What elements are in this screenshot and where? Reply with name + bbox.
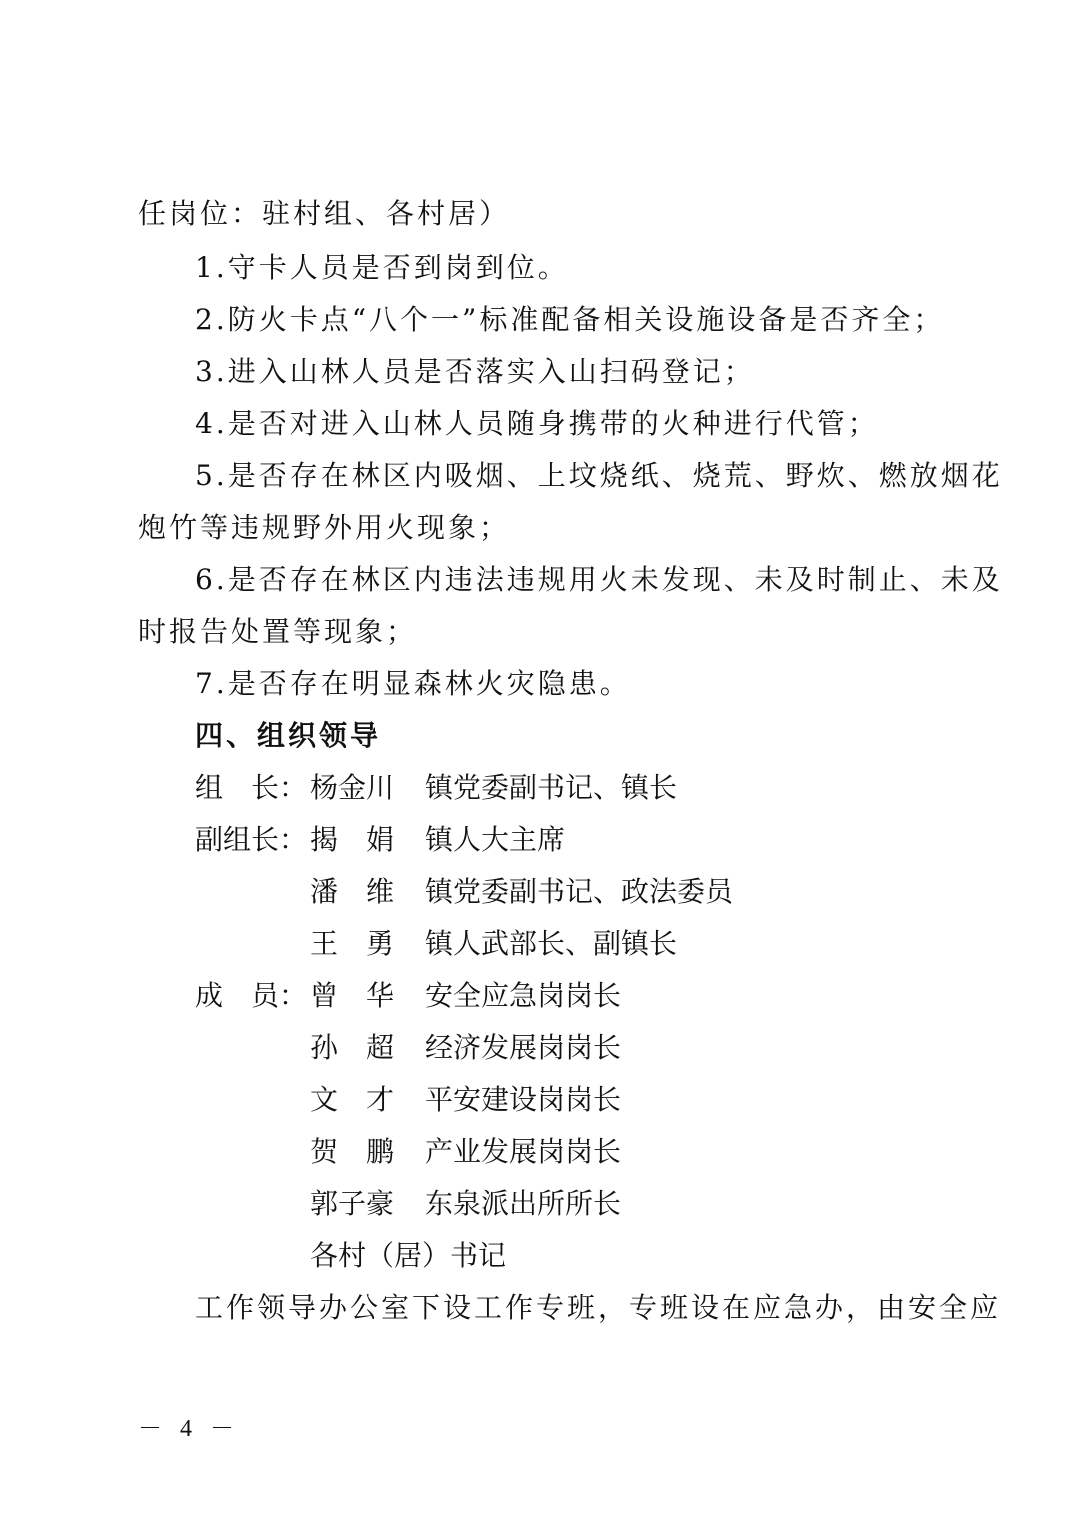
person-name: 曾 华 <box>310 978 394 1014</box>
check-item-7: 7.是否存在明显森林火灾隐患。 <box>195 666 631 702</box>
check-item-1: 1.守卡人员是否到岗到位。 <box>195 250 569 286</box>
person-title: 安全应急岗岗长 <box>425 978 621 1014</box>
check-item-2: 2.防火卡点“八个一”标准配备相关设施设备是否齐全； <box>195 302 944 338</box>
person-name: 各村（居）书记 <box>310 1238 506 1274</box>
check-item-5: 5.是否存在林区内吸烟、上坟烧纸、烧荒、野炊、燃放烟花 <box>195 458 1003 494</box>
section-heading: 四、组织领导 <box>195 718 381 754</box>
closing-line: 工作领导办公室下设工作专班，专班设在应急办，由安全应 <box>195 1290 1001 1326</box>
check-item-6: 6.是否存在林区内违法违规用火未发现、未及时制止、未及 <box>195 562 1003 598</box>
person-name: 郭子豪 <box>310 1186 394 1222</box>
person-name: 孙 超 <box>310 1030 394 1066</box>
person-name: 揭 娟 <box>310 822 394 858</box>
role-label: 成 员： <box>195 978 307 1014</box>
role-label: 副组长： <box>195 822 307 858</box>
role-label: 组 长： <box>195 770 307 806</box>
check-item-3: 3.进入山林人员是否落实入山扫码登记； <box>195 354 755 390</box>
person-name: 文 才 <box>310 1082 394 1118</box>
person-title: 镇党委副书记、镇长 <box>425 770 677 806</box>
person-title: 平安建设岗岗长 <box>425 1082 621 1118</box>
continued-line: 任岗位：驻村组、各村居） <box>138 196 510 232</box>
person-title: 镇党委副书记、政法委员 <box>425 874 733 910</box>
person-title: 镇人武部长、副镇长 <box>425 926 677 962</box>
check-item-6-cont: 时报告处置等现象； <box>138 614 417 650</box>
person-title: 产业发展岗岗长 <box>425 1134 621 1170</box>
check-item-4: 4.是否对进入山林人员随身携带的火种进行代管； <box>195 406 879 442</box>
person-name: 潘 维 <box>310 874 394 910</box>
person-title: 经济发展岗岗长 <box>425 1030 621 1066</box>
person-name: 王 勇 <box>310 926 394 962</box>
check-item-5-cont: 炮竹等违规野外用火现象； <box>138 510 510 546</box>
person-title: 镇人大主席 <box>425 822 565 858</box>
person-title: 东泉派出所所长 <box>425 1186 621 1222</box>
page-number: － 4 － <box>138 1414 240 1444</box>
person-name: 杨金川 <box>310 770 394 806</box>
person-name: 贺 鹏 <box>310 1134 394 1170</box>
